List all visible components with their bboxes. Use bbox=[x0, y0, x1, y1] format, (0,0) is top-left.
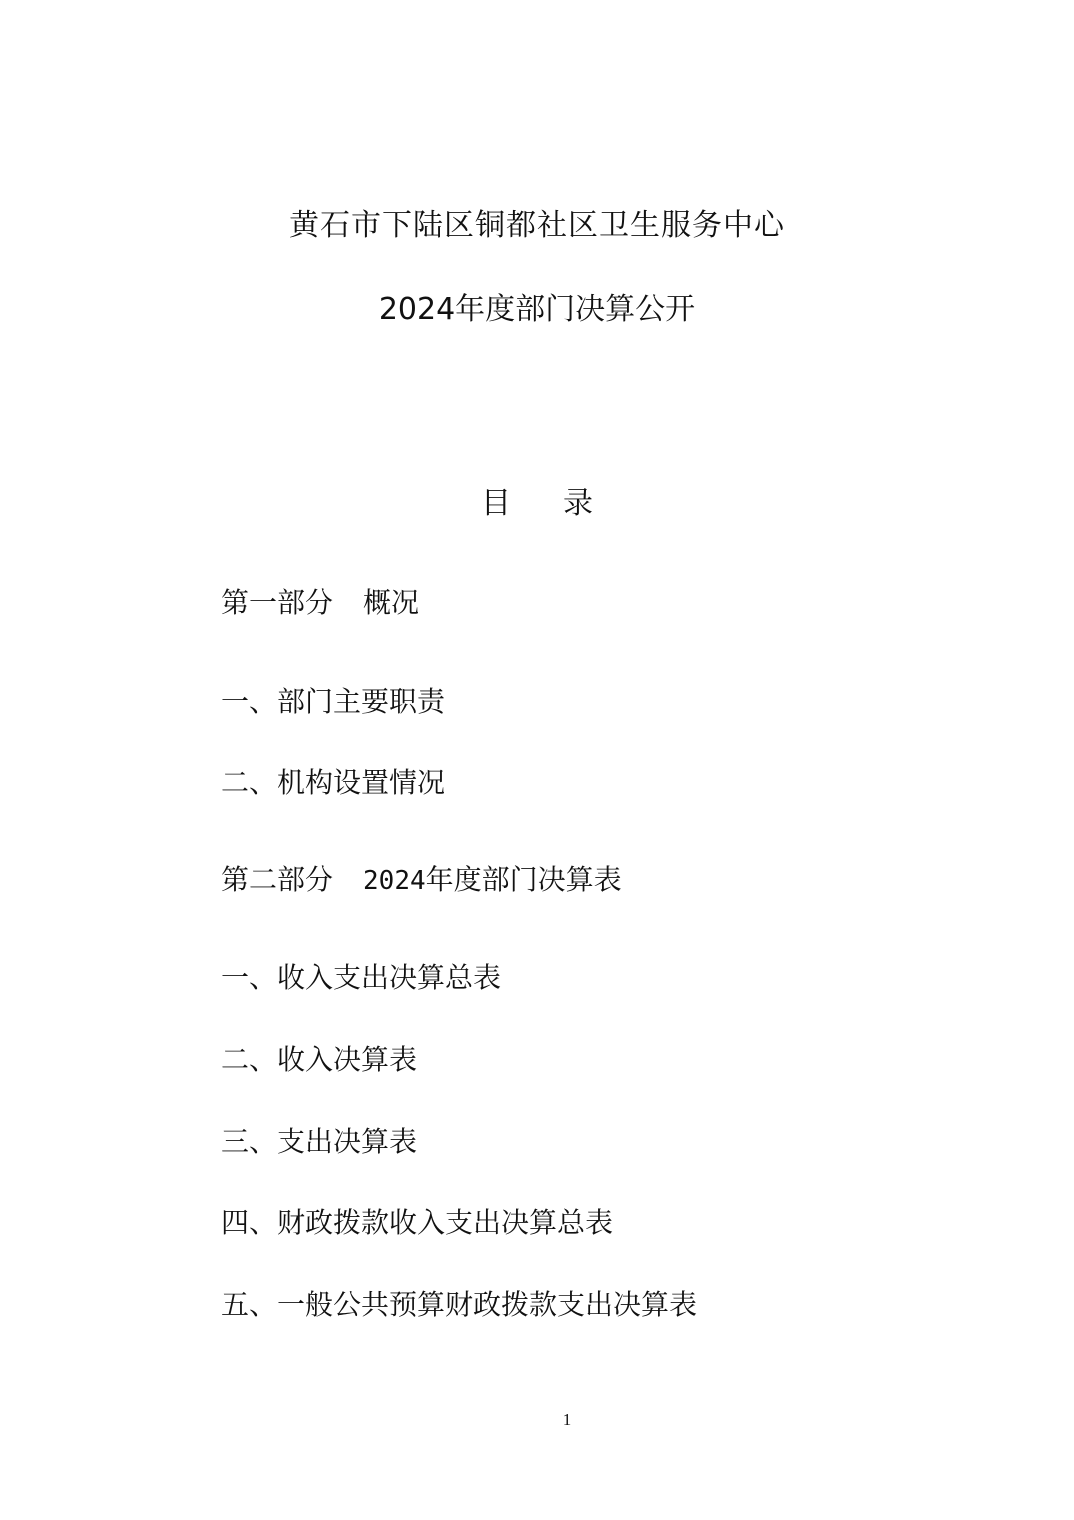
toc-item-expense-table[interactable]: 三、支出决算表 bbox=[221, 1124, 417, 1160]
toc-part-2-title: 年度部门决算表 bbox=[426, 863, 622, 896]
document-title-report: 2024年度部门决算公开 bbox=[0, 290, 1074, 330]
toc-item-text: 财政拨款收入支出决算总表 bbox=[277, 1206, 613, 1239]
toc-item-income-table[interactable]: 二、收入决算表 bbox=[221, 1042, 417, 1078]
toc-item-number: 二、 bbox=[221, 1042, 277, 1078]
toc-item-income-expense-summary[interactable]: 一、收入支出决算总表 bbox=[221, 960, 501, 996]
document-title-organization: 黄石市下陆区铜都社区卫生服务中心 bbox=[0, 206, 1074, 246]
toc-item-text: 一般公共预算财政拨款支出决算表 bbox=[277, 1288, 697, 1321]
toc-item-fiscal-appropriation-summary[interactable]: 四、财政拨款收入支出决算总表 bbox=[221, 1205, 613, 1241]
toc-item-number: 五、 bbox=[221, 1287, 277, 1323]
toc-part-2[interactable]: 第二部分2024年度部门决算表 bbox=[221, 862, 622, 899]
toc-item-number: 一、 bbox=[221, 684, 277, 720]
page-number: 1 bbox=[0, 1410, 1074, 1430]
toc-item-text: 收入支出决算总表 bbox=[277, 961, 501, 994]
toc-heading-char-1: 目 bbox=[481, 484, 511, 524]
toc-item-number: 三、 bbox=[221, 1124, 277, 1160]
toc-item-department-duties[interactable]: 一、部门主要职责 bbox=[221, 684, 445, 720]
toc-item-general-budget-expense[interactable]: 五、一般公共预算财政拨款支出决算表 bbox=[221, 1287, 697, 1323]
toc-part-1-label: 第一部分 bbox=[221, 586, 333, 619]
toc-item-text: 支出决算表 bbox=[277, 1125, 417, 1158]
toc-heading-char-2: 录 bbox=[563, 484, 593, 524]
toc-item-text: 部门主要职责 bbox=[277, 685, 445, 718]
toc-item-text: 收入决算表 bbox=[277, 1043, 417, 1076]
toc-part-1-title: 概况 bbox=[363, 586, 419, 619]
toc-part-2-label: 第二部分 bbox=[221, 863, 333, 896]
toc-part-2-year: 2024 bbox=[363, 866, 426, 896]
toc-item-number: 一、 bbox=[221, 960, 277, 996]
toc-item-organization-setup[interactable]: 二、机构设置情况 bbox=[221, 765, 445, 801]
toc-part-1[interactable]: 第一部分概况 bbox=[221, 585, 419, 621]
toc-item-number: 二、 bbox=[221, 765, 277, 801]
toc-heading: 目录 bbox=[0, 484, 1074, 524]
toc-item-number: 四、 bbox=[221, 1205, 277, 1241]
toc-item-text: 机构设置情况 bbox=[277, 766, 445, 799]
